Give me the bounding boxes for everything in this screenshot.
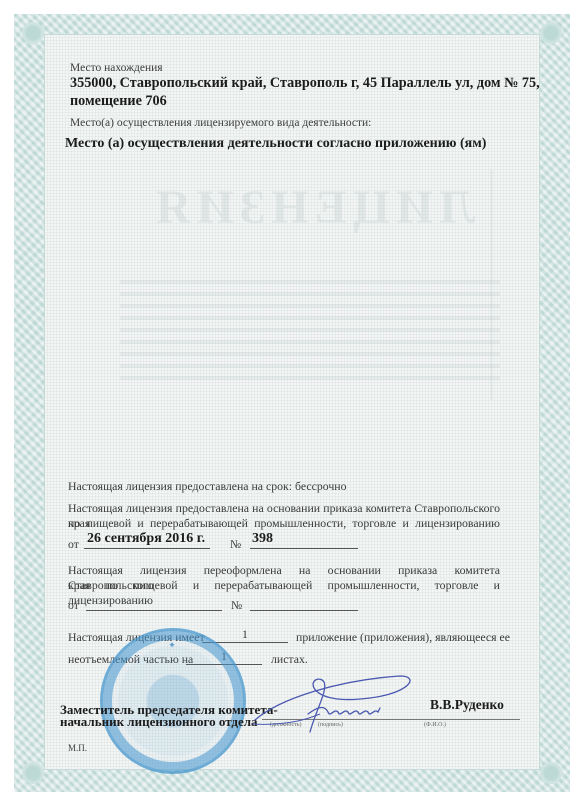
- basis-date-underline: [84, 548, 210, 549]
- corner-ornament-icon: [540, 762, 562, 784]
- reissue-line-2: края по пищевой и перерабатывающей промы…: [68, 578, 500, 608]
- activity-place-value: Место (а) осуществления деятельности сог…: [65, 136, 486, 152]
- basis-number: 398: [252, 531, 273, 547]
- license-term: Настоящая лицензия предоставлена на срок…: [68, 479, 346, 494]
- basis-number-label: №: [230, 537, 241, 552]
- corner-ornament-icon: [540, 22, 562, 44]
- basis-date: 26 сентября 2016 г.: [87, 531, 205, 547]
- reissue-from-label: от: [68, 598, 79, 613]
- corner-ornament-icon: [22, 762, 44, 784]
- seal-emblem-icon: ✦: [103, 631, 243, 771]
- location-line-1: 355000, Ставропольский край, Ставрополь …: [70, 75, 540, 92]
- reissue-number-label: №: [231, 598, 242, 613]
- sheets-suffix: листах.: [271, 652, 308, 667]
- location-label: Место нахождения: [70, 62, 163, 74]
- corner-ornament-icon: [22, 22, 44, 44]
- name-underline: [412, 719, 520, 720]
- appendix-suffix: приложение (приложения), являющееся ее: [296, 630, 510, 645]
- reissue-number-underline: [250, 610, 358, 611]
- signer-name: В.В.Руденко: [430, 697, 504, 713]
- activity-place-label: Место(а) осуществления лицензируемого ви…: [70, 117, 371, 129]
- basis-number-underline: [250, 548, 358, 549]
- signer-position-line-2: начальник лицензионного отдела: [60, 714, 258, 730]
- reissue-date-underline: [86, 610, 222, 611]
- handwritten-signature: [250, 668, 420, 738]
- name-caption: (Ф.И.О.): [424, 722, 446, 728]
- seal-label: М.П.: [68, 743, 87, 753]
- location-line-2: помещение 706: [70, 93, 167, 110]
- basis-from-label: от: [68, 537, 79, 552]
- basis-line-2: по пищевой и перерабатывающей промышленн…: [68, 516, 500, 531]
- official-seal-stamp: ✦: [100, 628, 246, 774]
